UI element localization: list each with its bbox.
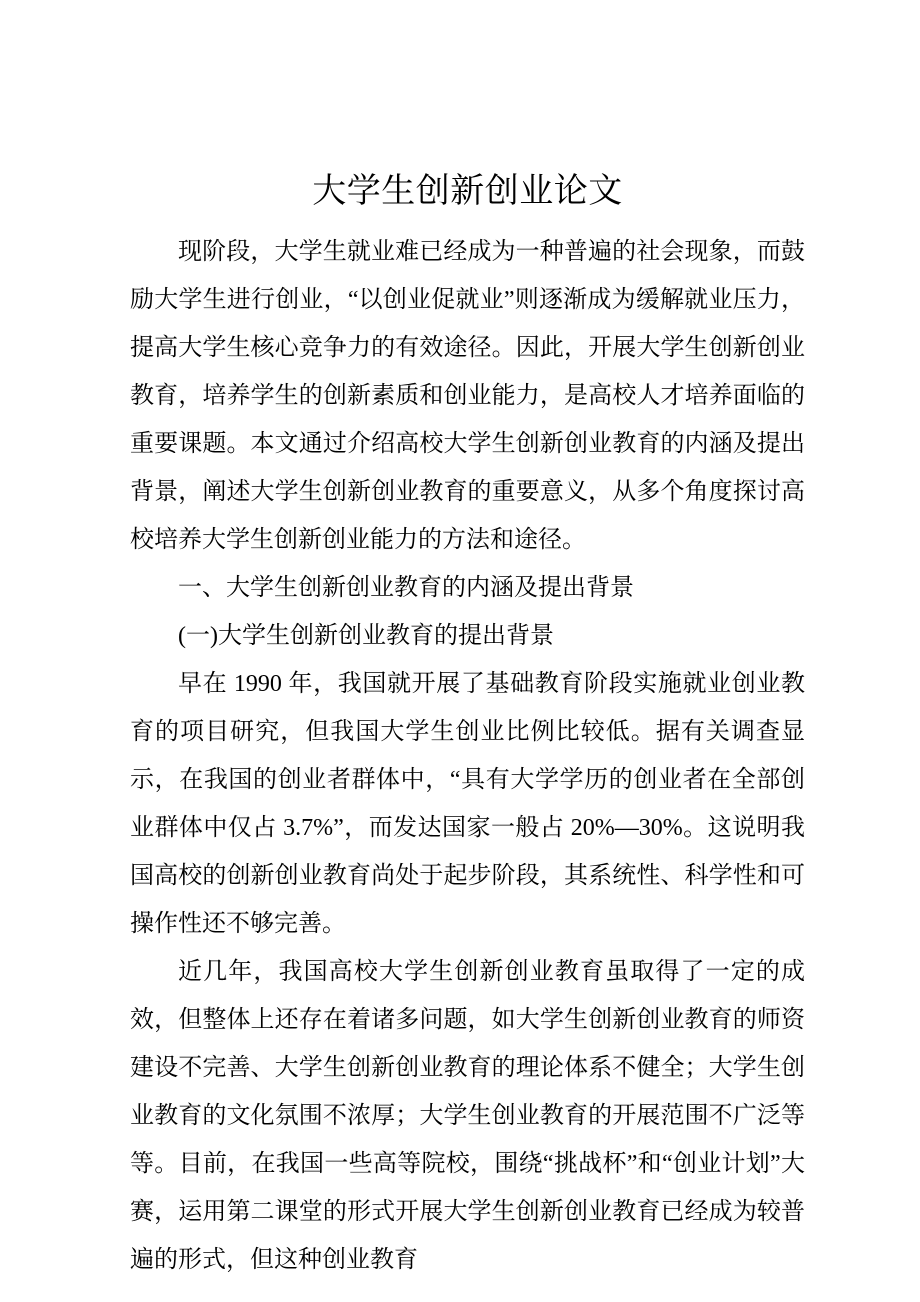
subsection-heading-1-1: (一)大学生创新创业教育的提出背景 (130, 612, 805, 660)
background-paragraph-1: 早在 1990 年，我国就开展了基础教育阶段实施就业创业教育的项目研究，但我国大… (130, 660, 805, 948)
section-heading-1: 一、大学生创新创业教育的内涵及提出背景 (130, 564, 805, 612)
document-page: 大学生创新创业论文 现阶段，大学生就业难已经成为一种普遍的社会现象，而鼓励大学生… (0, 0, 920, 1302)
background-paragraph-2: 近几年，我国高校大学生创新创业教育虽取得了一定的成效，但整体上还存在着诸多问题，… (130, 948, 805, 1284)
document-body: 现阶段，大学生就业难已经成为一种普遍的社会现象，而鼓励大学生进行创业，“以创业促… (130, 228, 805, 1284)
abstract-paragraph: 现阶段，大学生就业难已经成为一种普遍的社会现象，而鼓励大学生进行创业，“以创业促… (130, 228, 805, 564)
document-title: 大学生创新创业论文 (130, 0, 805, 228)
